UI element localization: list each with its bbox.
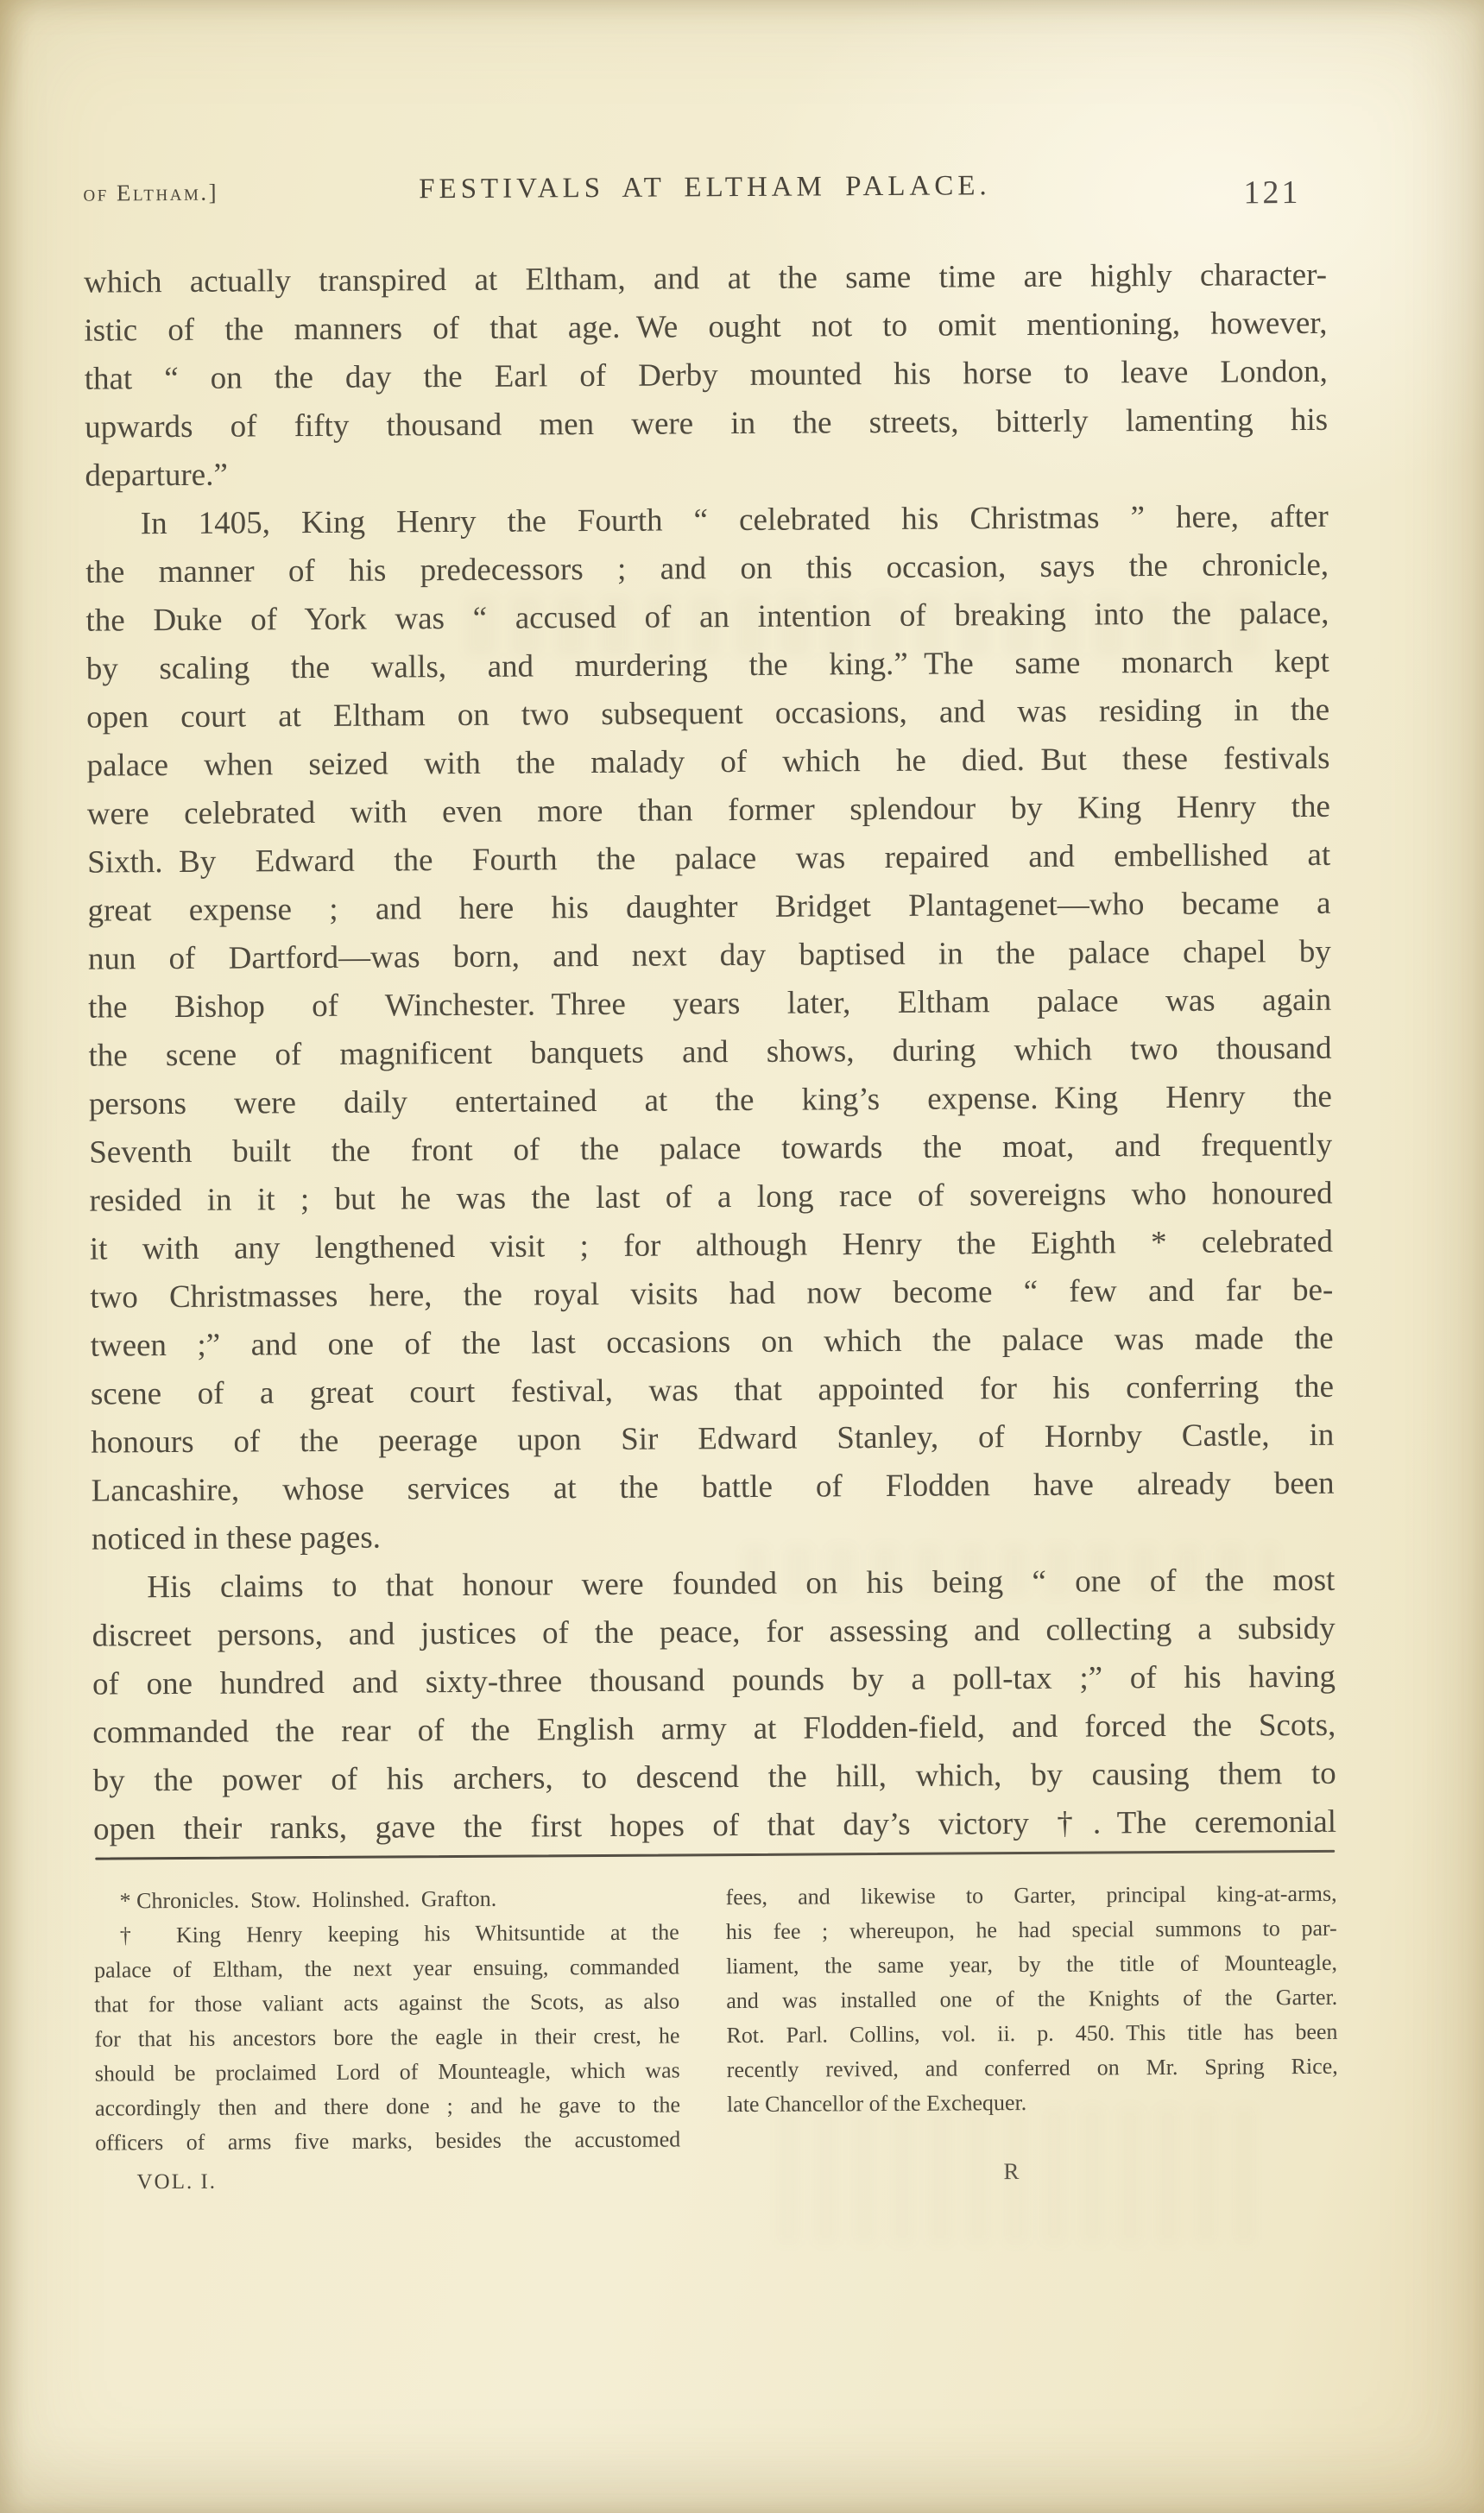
volume-label: VOL. I. — [136, 2170, 217, 2195]
text-line: tween ;” and one of the last occasions o… — [90, 1315, 1333, 1371]
text-line: were celebrated with even more than form… — [87, 783, 1330, 839]
text-line: nun of Dartford—was born, and next day b… — [88, 928, 1331, 984]
page-content: of Eltham.] FESTIVALS AT ELTHAM PALACE. … — [0, 0, 1484, 2513]
text-line: open their ranks, gave the first hopes o… — [93, 1798, 1336, 1854]
text-line: resided in it ; but he was the last of a… — [89, 1170, 1332, 1226]
text-line: In 1405, King Henry the Fourth “ celebra… — [85, 493, 1329, 549]
text-line: by the power of his archers, to descend … — [93, 1750, 1336, 1806]
text-line: discreet persons, and justices of the pe… — [92, 1605, 1336, 1661]
text-line: it with any lengthened visit ; for altho… — [90, 1218, 1333, 1274]
text-line: persons were daily entertained at the ki… — [89, 1073, 1332, 1129]
text-line: recently revived, and conferred on Mr. S… — [727, 2049, 1338, 2087]
text-line: the Duke of York was “ accused of an int… — [85, 590, 1329, 646]
text-line: honours of the peerage upon Sir Edward S… — [91, 1411, 1334, 1468]
text-line: noticed in these pages. — [92, 1508, 1335, 1564]
text-line: * Chronicles. Stow. Holinshed. Grafton. — [93, 1880, 679, 1918]
text-line: late Chancellor of the Exchequer. — [727, 2084, 1338, 2122]
footnote-column-left: * Chronicles. Stow. Holinshed. Grafton.†… — [93, 1880, 680, 2160]
text-line: open court at Eltham on two subsequent o… — [86, 686, 1329, 742]
text-line: fees, and likewise to Garter, principal … — [725, 1877, 1336, 1915]
text-line: officers of arms five marks, besides the… — [95, 2122, 680, 2160]
text-line: liament, the same year, by the title of … — [726, 1946, 1337, 1984]
text-line: Lancashire, whose services at the battle… — [91, 1460, 1334, 1516]
text-line: accordingly then and there done ; and he… — [95, 2087, 680, 2125]
text-line: of one hundred and sixty-three thousand … — [92, 1653, 1336, 1709]
text-line: palace of Eltham, the next year ensuing,… — [94, 1949, 679, 1987]
signature-mark: R — [1003, 2158, 1019, 2185]
page-number: 121 — [1203, 174, 1300, 212]
footnotes: * Chronicles. Stow. Holinshed. Grafton.†… — [93, 1877, 1338, 2161]
text-line: that for those valiant acts against the … — [94, 1984, 679, 2022]
text-line: the scene of magnificent banquets and sh… — [88, 1025, 1331, 1081]
text-line: His claims to that honour were founded o… — [92, 1556, 1335, 1613]
text-line: his fee ; whereupon, he had special summ… — [726, 1911, 1337, 1949]
book-page-scan: of Eltham.] FESTIVALS AT ELTHAM PALACE. … — [0, 0, 1484, 2513]
text-line: by scaling the walls, and murdering the … — [86, 638, 1329, 694]
text-line: the Bishop of Winchester. Three years la… — [88, 976, 1331, 1032]
text-line: istic of the manners of that age. We oug… — [84, 300, 1327, 356]
text-line: for that his ancestors bore the eagle in… — [94, 2018, 679, 2056]
body-text: which actually transpired at Eltham, and… — [84, 251, 1336, 1854]
text-line: should be proclaimed Lord of Mounteagle,… — [95, 2053, 680, 2091]
text-line: Sixth. By Edward the Fourth the palace w… — [87, 831, 1330, 887]
text-line: upwards of fifty thousand men were in th… — [85, 396, 1328, 452]
text-line: that “ on the day the Earl of Derby moun… — [85, 348, 1328, 404]
text-line: two Christmasses here, the royal visits … — [90, 1266, 1333, 1323]
footnote-column-right: fees, and likewise to Garter, principal … — [725, 1877, 1338, 2156]
text-line: † King Henry keeping his Whitsuntide at … — [94, 1915, 679, 1953]
text-line: Rot. Parl. Collins, vol. ii. p. 450. Thi… — [726, 2015, 1337, 2053]
text-line: the manner of his predecessors ; and on … — [85, 541, 1329, 597]
text-line: palace when seized with the malady of wh… — [86, 735, 1329, 791]
text-line: commanded the rear of the English army a… — [92, 1702, 1336, 1758]
text-line: and was installed one of the Knights of … — [726, 1980, 1337, 2018]
text-line: great expense ; and here his daughter Br… — [87, 880, 1330, 936]
text-line: Seventh built the front of the palace to… — [89, 1121, 1332, 1178]
running-header-title: FESTIVALS AT ELTHAM PALACE. — [83, 168, 1326, 208]
text-line: departure.” — [85, 445, 1328, 501]
text-line: scene of a great court festival, was tha… — [91, 1363, 1334, 1419]
text-line: which actually transpired at Eltham, and… — [84, 251, 1327, 307]
